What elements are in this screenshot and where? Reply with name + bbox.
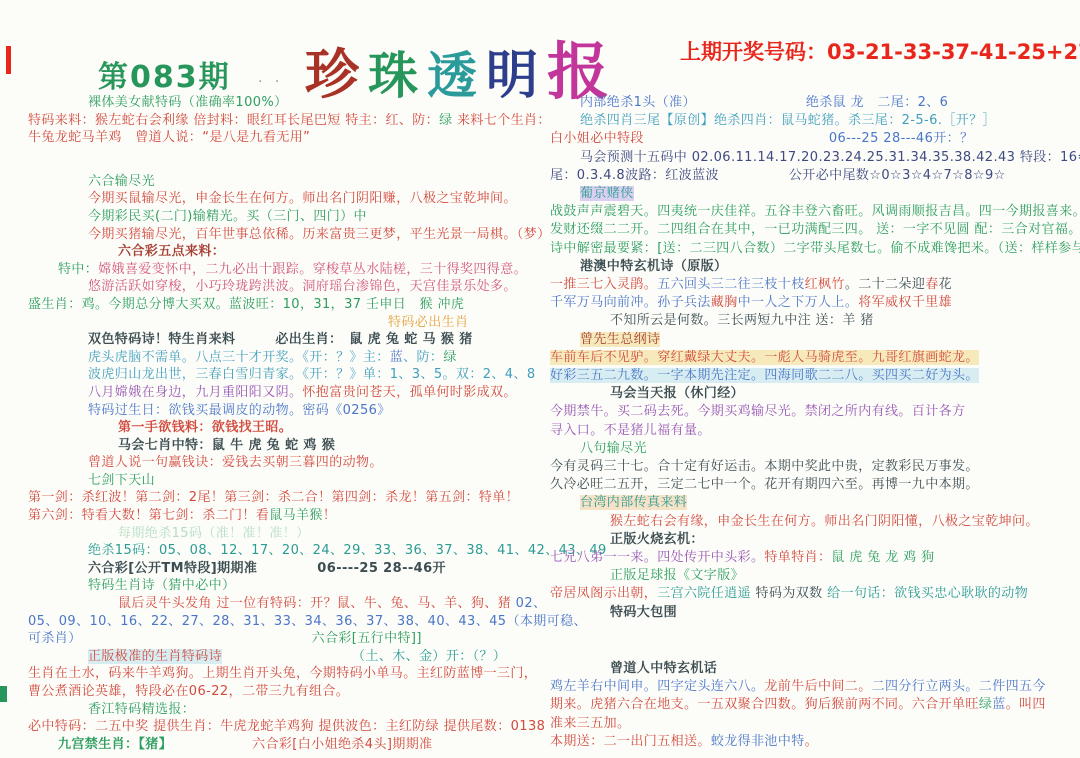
text-segment: 生肖在土水，码来牛羊鸡狗。上期生肖开头兔，今期特码小单马。主红防蓝博一三门， [28, 666, 537, 681]
text-segment: 特码过生日：欲钱买最调皮的动物。密码《0256》 [88, 403, 391, 418]
text-segment: 九宫禁生肖：【猪】 [58, 737, 172, 752]
text-segment: 诗中解密最要紧：[送：二三四八合数）二字带头尾数七。偷不成难馋把米。（送：样样参… [550, 241, 1080, 256]
text-segment: 鼠 虎 兔 龙 鸡 狗 [831, 550, 934, 565]
text-line: 不知所云是何数。三长两短九中注 送：羊 猪 [550, 312, 1078, 330]
text-line: 内部绝杀1头（准）绝杀鼠 龙 二尾：2、6 [550, 94, 1078, 112]
text-line: 久冷必旺二五开，三定二七中一个。花开有期四六至。再博一九中本期。 [550, 476, 1078, 494]
text-line: 七兄八弟一一来。四处传开中头彩。特单特肖：鼠 虎 兔 龙 鸡 狗 [550, 549, 1078, 567]
inline-gap [235, 342, 275, 343]
text-line: 发财还缀二二开。二四组合在其中，一已功满配三四。 送：一字不见圆 配：三合对官福… [550, 221, 1078, 239]
text-segment: 02、 [511, 596, 546, 611]
text-segment: 猴左蛇右会有缘，申金长生在何方。师出名门阴阳懂，八极之宝乾坤问。 [610, 514, 1039, 529]
text-line: 双色特码诗！特生肖来料必出生肖： 鼠 虎 兔 蛇 马 猴 猪 [28, 331, 546, 349]
text-segment: 牛兔龙蛇马羊鸡 曾道人说：“是八是九看无用” [28, 130, 310, 145]
right-column: 内部绝杀1头（准）绝杀鼠 龙 二尾：2、6绝杀四肖三尾【原创】绝杀四肖：鼠马蛇猪… [550, 94, 1078, 751]
text-segment: 六合彩[五行中特]] [312, 631, 422, 646]
text-segment: 期来。虎猪六合在地支。一五双聚合四数。狗后猴前两不同。六合开单旺 [550, 697, 979, 712]
inline-gap [172, 747, 252, 748]
text-segment: 绿 [979, 697, 992, 712]
text-segment: 来料七个生肖： [452, 113, 550, 128]
section-gap [550, 622, 1078, 660]
text-segment: 给一句话：欲钱买忠心耿耿的动物 [827, 586, 1028, 601]
text-line: 第六剑：特看大数！第七剑：杀二门！看鼠马羊猴！ [28, 507, 546, 525]
text-segment: 第一剑：杀红波！第二剑：2尾！第三剑：杀二合！第四剑：杀龙！第五剑：特单！ [28, 490, 519, 505]
section-gap [28, 147, 546, 173]
issue-number: 第083期 [98, 52, 231, 96]
text-line: 正版极准的生肖特码诗（土、木、金）开：（？） [28, 648, 546, 666]
text-segment: 将军威权千里雄 [858, 295, 952, 310]
text-segment: 车前车后不见驴。穿红戴绿大丈夫。一彪人马骑虎至。九哥红旗画蛇龙。 [550, 350, 979, 365]
text-segment: ！ [323, 508, 336, 523]
text-line: 今期买鼠输尽光，申金长生在何方。师出名门阴阳赚，八极之宝乾坤间。 [28, 190, 546, 208]
inline-gap [257, 571, 317, 572]
text-segment: 鼠后灵牛头发角 过一位有特码：开？鼠、牛、兔、马、羊、狗、猪 [118, 596, 511, 611]
text-segment: 白小姐必中特段 [550, 131, 644, 146]
scan-mark-red [6, 46, 11, 74]
text-line: 准来三五加。 [550, 715, 1078, 733]
text-segment: 不知所云是何数。三长两短九中注 送：羊 猪 [610, 313, 874, 328]
text-segment: 特单特肖： [764, 550, 831, 565]
text-segment: 内部绝杀1头（准） [580, 95, 696, 110]
text-line: 台湾内部传真来料 [550, 494, 1078, 512]
text-segment: 港澳中特玄机诗（原版） [580, 259, 727, 274]
text-line: 一推三七入灵鹃。五六回头三二往三枝十枝红枫竹。二十二朵迎春花 [550, 276, 1078, 294]
text-segment: 曾道人中特玄机话 [610, 661, 717, 676]
text-line: 马会七肖中特：鼠 牛 虎 兔 蛇 鸡 猴 [28, 437, 546, 455]
text-line: 悠游活跃如穿梭，小巧玲珑跨洪波。洞府瑶台渗锦色，天宫佳景乐处多。 [28, 278, 546, 296]
text-segment: 嫦娥喜爱变怀中，二九必出十跟踪。穿梭草丛水陆槎，三十得奖四得意。 [98, 262, 527, 277]
text-segment: 香江特码精选报： [88, 702, 195, 717]
text-line: 生肖在土水，码来牛羊鸡狗。上期生肖开头兔，今期特码小单马。主红防蓝博一三门， [28, 665, 546, 683]
text-line: 诗中解密最要紧：[送：二三四八合数）二字带头尾数七。偷不成难馋把米。（送：样样参… [550, 240, 1078, 258]
text-line: 第一剑：杀红波！第二剑：2尾！第三剑：杀二合！第四剑：杀龙！第五剑：特单！ [28, 489, 546, 507]
text-segment: 特码生肖诗（猜中必中） [88, 578, 235, 593]
text-segment: 六合彩[白小姐绝杀4头]期期准 [252, 737, 432, 752]
text-segment: 。二十二朵迎 [845, 277, 925, 292]
text-segment: 盛生肖：鸡。今期总分博大买双。蓝波旺：10，31，37 壬申日 猴 冲虎 [28, 297, 464, 312]
text-segment: 准来三五加。 [550, 716, 630, 731]
inline-gap [719, 178, 789, 179]
text-segment: 06----25 28--46开 [317, 561, 446, 576]
text-line: 战鼓声声震碧天。四夷统一庆佳祥。五谷丰登六畜旺。风调雨顺报吉昌。四一今期报喜来。 [550, 203, 1078, 221]
text-segment: 葡京赌侠 [580, 186, 634, 201]
text-line: 尾：0.3.4.8波路：红波蓝波公开必中尾数☆0☆3☆4☆7☆8☆9☆ [550, 167, 1078, 185]
text-segment: 特码为双数 [756, 586, 828, 601]
text-segment: 今期彩民买(二门)输精光。买（三门、四门）中 [88, 209, 367, 224]
text-segment: 龙前牛后中间二。 [764, 679, 871, 694]
text-line: 曹公煮酒论英雄，特段必在06-22，二带三九有组合。 [28, 683, 546, 701]
text-segment: 六合输尽光 [88, 174, 155, 189]
text-line: 绝杀15码：05、08、12、17、20、24、29、33、36、37、38、4… [28, 542, 546, 560]
text-segment: 05、09、10、16、22、27、28、31、33、34、36、37、38、4… [28, 614, 587, 629]
text-line: 必中特码：二五中奖 提供生肖：牛虎龙蛇羊鸡狗 提供波色：主红防绿 提供尾数：01… [28, 718, 546, 736]
text-line: 特码大包围 [550, 604, 1078, 622]
text-segment: 八句输尽光 [580, 441, 647, 456]
text-segment: 绿 [439, 113, 452, 128]
text-segment: 特码大包围 [610, 605, 677, 620]
text-line: 八月嫦娥在身边，九月重阳阳又阴。怀抱富贵问苍天，孤单何时影成双。 [28, 384, 546, 402]
text-line: 今有灵码三十七。合十定有好运击。本期中奖此中贵，定教彩民万事发。 [550, 458, 1078, 476]
text-line: 葡京赌侠 [550, 185, 1078, 203]
text-segment: 绝杀四肖三尾【原创】绝杀四肖：鼠马蛇猪。杀三尾：2-5-6.［开？］ [580, 113, 996, 128]
text-segment: 今有灵码三十七。合十定有好运击。本期中奖此中贵，定教彩民万事发。 [550, 459, 979, 474]
text-segment: 六合彩[公开TM特段]期期准 [88, 561, 257, 576]
text-segment: 特码必出生肖 [388, 315, 468, 330]
text-segment: 蓝 [992, 697, 1005, 712]
last-draw-numbers: 上期开奖号码：03-21-33-37-41-25+27 [680, 36, 1080, 66]
text-line: 特码生肖诗（猜中必中） [28, 577, 546, 595]
text-segment: 。叫四 [1006, 697, 1046, 712]
text-line: 绝杀四肖三尾【原创】绝杀四肖：鼠马蛇猪。杀三尾：2-5-6.［开？］ [550, 112, 1078, 130]
text-line: 牛兔龙蛇马羊鸡 曾道人说：“是八是九看无用” [28, 129, 546, 147]
text-segment: 特码来料：猴左蛇右会利缘 倍封料：眼红耳长尾巴短 特主：红、防： [28, 113, 439, 128]
text-line: 盛生肖：鸡。今期总分博大买双。蓝波旺：10，31，37 壬申日 猴 冲虎 [28, 296, 546, 314]
text-line: 特码必出生肖 [28, 314, 546, 332]
text-segment: 藏胸 [711, 295, 738, 310]
text-line: 鸡左羊右中间申。四字定头连六八。龙前牛后中间二。二四分行立两头。二件四五今 [550, 678, 1078, 696]
text-segment: 马会七肖中特：鼠 牛 虎 兔 蛇 鸡 猴 [118, 438, 335, 453]
text-segment: 千军万马向前冲。孙子兵法 [550, 295, 711, 310]
text-segment: 曹公煮酒论英雄，特段必在06-22，二带三九有组合。 [28, 684, 349, 699]
text-segment: 台湾内部传真来料 [580, 495, 687, 510]
text-line: 每期绝杀15码（准！准！准！） [28, 525, 546, 543]
text-segment: 花 [939, 277, 952, 292]
text-segment: 必中特码：二五中奖 提供生肖：牛虎龙蛇羊鸡狗 提供波色：主红防绿 提供尾数：01… [28, 719, 545, 734]
text-line: 香江特码精选报： [28, 701, 546, 719]
text-line: 特中：嫦娥喜爱变怀中，二九必出十跟踪。穿梭草丛水陆槎，三十得奖四得意。 [28, 261, 546, 279]
text-line: 白小姐必中特段06---25 28---46开：？ [550, 130, 1078, 148]
text-segment: 八月嫦娥在身边，九月重阳阳又阴。 [88, 385, 302, 400]
text-segment: 五六回头三二往三枝十枝 [657, 277, 804, 292]
text-segment: 双色特码诗！特生肖来料 [88, 332, 235, 347]
text-segment: 七剑下天山 [88, 473, 155, 488]
text-segment: 第一手欲钱料：欲钱找王昭。 [118, 420, 292, 435]
text-segment: 、防： [403, 350, 443, 365]
text-segment: 寻入口。不是猪儿福有量。 [550, 423, 711, 438]
text-segment: 春 [925, 277, 938, 292]
text-line: 第一手欲钱料：欲钱找王昭。 [28, 419, 546, 437]
text-segment: 正版极准的生肖特码诗 [88, 649, 222, 664]
issue-dots: · · [258, 74, 283, 90]
scan-mark-green [0, 686, 7, 702]
text-line: 今期彩民买(二门)输精光。买（三门、四门）中 [28, 208, 546, 226]
text-segment: 怀抱富贵问苍天，孤单何时影成双。 [302, 385, 516, 400]
text-segment: 正版足球报《文字版》 [610, 568, 744, 583]
text-line: 可杀肖）六合彩[五行中特]] [28, 630, 546, 648]
text-line: 特码来料：猴左蛇右会利缘 倍封料：眼红耳长尾巴短 特主：红、防：绿 来料七个生肖… [28, 112, 546, 130]
text-segment: 三宫六院任逍遥 [657, 586, 755, 601]
text-line: 05、09、10、16、22、27、28、31、33、34、36、37、38、4… [28, 613, 546, 631]
text-line: 帝居凤阁示出朝，三宫六院任逍遥 特码为双数 给一句话：欲钱买忠心耿耿的动物 [550, 585, 1078, 603]
text-line: 马会当天报（休门经） [550, 385, 1078, 403]
text-line: 车前车后不见驴。穿红戴绿大丈夫。一彪人马骑虎至。九哥红旗画蛇龙。 [550, 349, 1078, 367]
text-line: 今期买猪输尽光，百年世事总依稀。历来富贵三更梦，平生光景一局棋。（梦） [28, 226, 546, 244]
text-line: 波虎归山龙出世，三春白雪归青家。《开：？》单：1、3、5。双：2、4、8 [28, 366, 546, 384]
left-column: 裸体美女献特码（准确率100%）特码来料：猴左蛇右会利缘 倍封料：眼红耳长尾巴短… [28, 94, 546, 753]
text-segment: 鸡左羊右中间申。四字定头连六八。 [550, 679, 764, 694]
text-line: 七剑下天山 [28, 472, 546, 490]
text-segment: 特中： [58, 262, 98, 277]
text-segment: 绝杀15码：05、08、12、17、20、24、29、33、36、37、38、4… [88, 543, 607, 558]
text-segment: 绿 [443, 350, 456, 365]
text-line: 六合彩[公开TM特段]期期准06----25 28--46开 [28, 560, 546, 578]
text-line: 曾道人说一句赢钱诀：爱钱去买朝三暮四的动物。 [28, 454, 546, 472]
inline-gap [644, 141, 829, 142]
text-line: 虎头虎脑不需单。八点三十才开奖。《开：？》主：蓝、防：绿 [28, 349, 546, 367]
text-segment: 久冷必旺二五开，三定二七中一个。花开有期四六至。再博一九中本期。 [550, 477, 979, 492]
text-line: 曾先生总纲诗 [550, 331, 1078, 349]
text-line: 鼠后灵牛头发角 过一位有特码：开？鼠、牛、兔、马、羊、狗、猪 02、 [28, 595, 546, 613]
text-segment: 每期绝杀15码（准！准！准！） [118, 526, 310, 541]
text-line: 裸体美女献特码（准确率100%） [28, 94, 546, 112]
text-segment: 一推三七入灵鹃。 [550, 277, 657, 292]
text-segment: 发财还缀二二开。二四组合在其中，一已功满配三四。 送：一字不见圆 配：三合对官福… [550, 222, 1080, 237]
text-line: 猴左蛇右会有缘，申金长生在何方。师出名门阴阳懂，八极之宝乾坤问。 [550, 513, 1078, 531]
text-line: 寻入口。不是猪儿福有量。 [550, 422, 1078, 440]
text-segment: 帝居凤阁示出朝， [550, 586, 657, 601]
text-segment: （土、木、金）开：（？） [352, 649, 506, 664]
text-line: 今期禁牛。买二码去死。今期买鸡输尽光。禁闭之所内有线。百计各方 [550, 403, 1078, 421]
text-line: 曾道人中特玄机话 [550, 660, 1078, 678]
text-segment: 马会预测十五码中 02.06.11.14.17.20.23.24.25.31.3… [580, 150, 1080, 165]
text-segment: 中一人之下万人上。 [738, 295, 859, 310]
text-segment: 正版火烧玄机： [610, 532, 704, 547]
text-line: 六合输尽光 [28, 173, 546, 191]
text-segment: 悠游活跃如穿梭，小巧玲珑跨洪波。洞府瑶台渗锦色，天宫佳景乐处多。 [88, 279, 517, 294]
text-line: 本期送：二一出门五相送。蛟龙得非池中特。 [550, 733, 1078, 751]
text-segment: 可杀肖） [28, 631, 82, 646]
text-segment: 波虎归山龙出世，三春白雪归青家。《开：？》单：1、3、5。双：2、4、8 [88, 367, 536, 382]
text-segment: 06---25 28---46开：？ [829, 131, 974, 146]
text-line: 正版火烧玄机： [550, 531, 1078, 549]
text-segment: 第六剑：特看大数！第七剑：杀二门！看 [28, 508, 269, 523]
text-segment: 本期送：二一出门五相送。 [550, 734, 711, 749]
text-segment: 鼠马羊猴 [269, 508, 323, 523]
text-segment: 。 [805, 734, 818, 749]
text-segment: 蓝 [390, 350, 403, 365]
text-segment: 裸体美女献特码（准确率100%） [88, 95, 288, 110]
text-segment: 曾道人说一句赢钱诀：爱钱去买朝三暮四的动物。 [88, 455, 383, 470]
text-segment: 六合彩五点来料： [118, 244, 225, 259]
text-line: 马会预测十五码中 02.06.11.14.17.20.23.24.25.31.3… [550, 149, 1078, 167]
text-line: 港澳中特玄机诗（原版） [550, 258, 1078, 276]
text-segment: 公开必中尾数☆0☆3☆4☆7☆8☆9☆ [789, 168, 1006, 183]
inline-gap [696, 105, 806, 106]
inline-gap [82, 641, 312, 642]
inline-gap [222, 659, 352, 660]
text-segment: 今期禁牛。买二码去死。今期买鸡输尽光。禁闭之所内有线。百计各方 [550, 404, 965, 419]
text-line: 八句输尽光 [550, 440, 1078, 458]
text-segment: 今期买猪输尽光，百年世事总依稀。历来富贵三更梦，平生光景一局棋。（梦） [88, 227, 551, 242]
text-segment: 好彩三五二九数。一字本期先注定。四海同歌二二八。买四买二好为头。 [550, 368, 979, 383]
text-line: 九宫禁生肖：【猪】六合彩[白小姐绝杀4头]期期准 [28, 736, 546, 754]
text-line: 千军万马向前冲。孙子兵法藏胸中一人之下万人上。将军威权千里雄 [550, 294, 1078, 312]
text-segment: 绝杀鼠 龙 二尾：2、6 [806, 95, 948, 110]
text-segment: 尾：0.3.4.8波路：红波蓝波 [550, 168, 719, 183]
text-line: 正版足球报《文字版》 [550, 567, 1078, 585]
text-segment: 战鼓声声震碧天。四夷统一庆佳祥。五谷丰登六畜旺。风调雨顺报吉昌。四一今期报喜来。 [550, 204, 1080, 219]
text-segment: 蛟龙得非池中特 [711, 734, 805, 749]
text-segment: 七兄八弟一一来。四处传开中头彩。 [550, 550, 764, 565]
text-line: 六合彩五点来料： [28, 243, 546, 261]
text-segment: 虎头虎脑不需单。八点三十才开奖。《开：？》主： [88, 350, 390, 365]
text-segment: 曾先生总纲诗 [580, 332, 660, 347]
text-segment: 马会当天报（休门经） [610, 386, 744, 401]
text-line: 期来。虎猪六合在地支。一五双聚合四数。狗后猴前两不同。六合开单旺绿蓝。叫四 [550, 696, 1078, 714]
text-segment: 今期买鼠输尽光，申金长生在何方。师出名门阴阳赚，八极之宝乾坤间。 [88, 191, 517, 206]
text-line: 特码过生日：欲钱买最调皮的动物。密码《0256》 [28, 402, 546, 420]
text-segment: 二四分行立两头。二件四五今 [872, 679, 1046, 694]
text-line: 好彩三五二九数。一字本期先注定。四海同歌二二八。买四买二好为头。 [550, 367, 1078, 385]
text-segment: 必出生肖： 鼠 虎 兔 蛇 马 猴 猪 [275, 332, 472, 347]
text-segment: 红枫竹 [805, 277, 845, 292]
